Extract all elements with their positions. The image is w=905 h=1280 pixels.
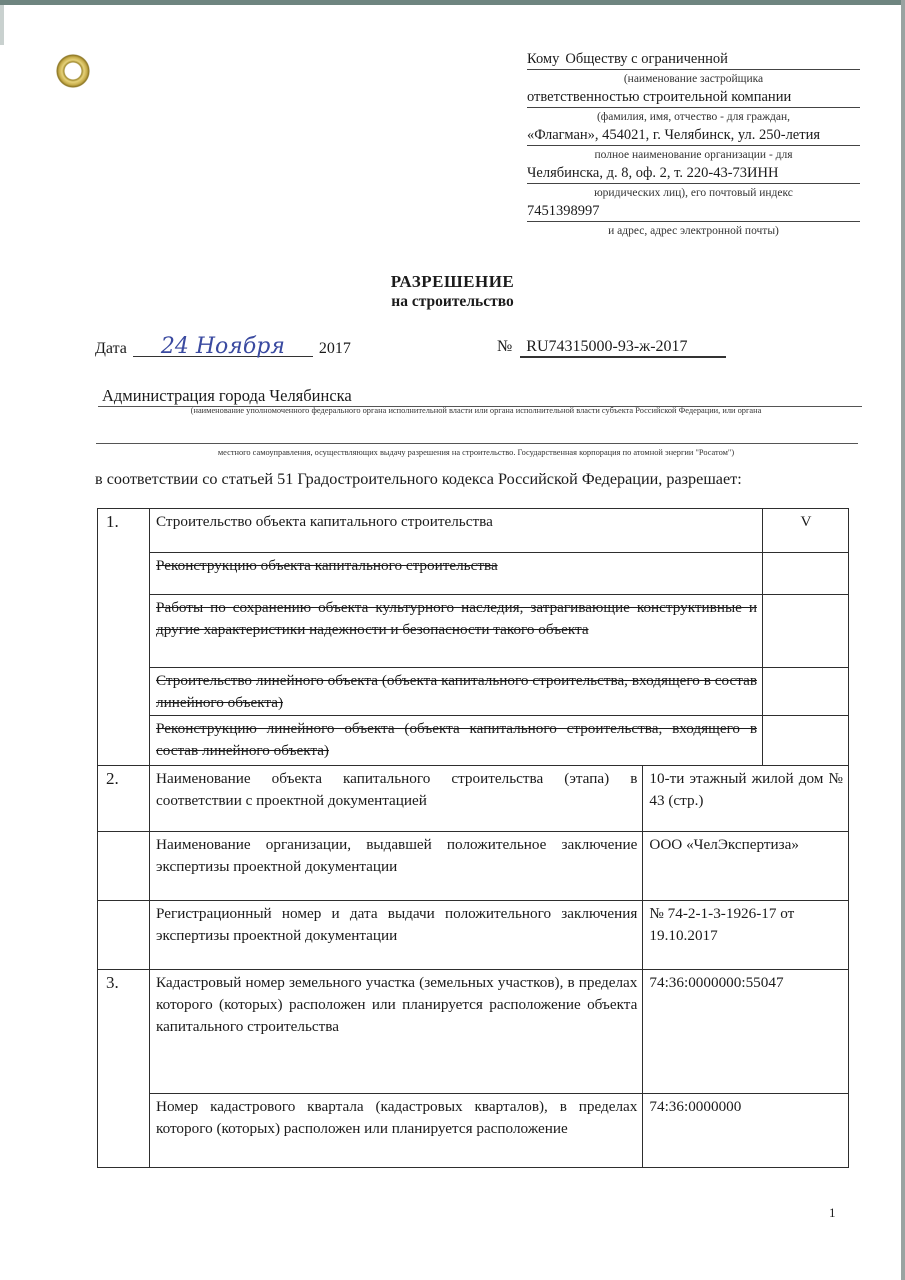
row-value: 74:36:0000000:55047 [643,970,849,1094]
section-number: 2. [98,766,150,832]
date-label: Дата [95,340,127,357]
struck-text: Реконструкцию объекта капитального строи… [156,557,498,574]
permit-number-field: № RU74315000-93-ж-2017 [497,338,726,358]
struck-text: Реконструкцию линейного объекта (объекта… [156,720,757,759]
struck-text: Строительство линейного объекта (объекта… [156,672,757,711]
addressee-label: Кому [527,51,559,67]
table-row: Регистрационный номер и дата выдачи поло… [98,901,849,970]
option-mark [763,668,849,716]
authority-hint-2: местного самоуправления, осуществляющих … [96,448,856,457]
table-row: Реконструкцию линейного объекта (объекта… [98,716,849,766]
row-label: Регистрационный номер и дата выдачи поло… [150,901,643,970]
addressee-line: Челябинска, д. 8, оф. 2, т. 220-43-73ИНН [527,164,860,184]
date-handwritten: 24 Ноября [133,338,313,357]
table-row: 2. Наименование объекта капитального стр… [98,766,849,832]
table-row: Работы по сохранению объекта культурного… [98,595,849,668]
struck-text: Работы по сохранению объекта культурного… [156,599,757,638]
row-value: ООО «ЧелЭкспертиза» [643,832,849,901]
option-text: Реконструкцию линейного объекта (объекта… [150,716,763,766]
section-number: 3. [98,970,150,1168]
section-number: 1. [98,509,150,766]
row-value: № 74-2-1-3-1926-17 от 19.10.2017 [643,901,849,970]
scan-edge-right [901,0,905,1280]
authority-name: Администрация города Челябинска [98,386,862,407]
authority-hint-1: (наименование уполномоченного федерально… [96,406,856,415]
table-row: 3. Кадастровый номер земельного участка … [98,970,849,1094]
date-field: Дата 24 Ноября 2017 [95,338,351,358]
option-text: Работы по сохранению объекта культурного… [150,595,763,668]
permit-table: 1. Строительство объекта капитального ст… [97,508,849,1168]
row-value: 10-ти этажный жилой дом № 43 (стр.) [643,766,849,832]
option-text: Строительство объекта капитального строи… [150,509,763,553]
row-label: Наименование объекта капитального строит… [150,766,643,832]
date-year: 2017 [319,340,351,357]
addressee-value: Обществу с ограниченной [565,51,728,67]
row-label: Наименование организации, выдавшей полож… [150,832,643,901]
row-label: Кадастровый номер земельного участка (зе… [150,970,643,1094]
table-row: Строительство линейного объекта (объекта… [98,668,849,716]
table-row: Реконструкцию объекта капитального строи… [98,553,849,595]
document-title: РАЗРЕШЕНИЕ [0,272,905,292]
addressee-hint: и адрес, адрес электронной почты) [527,222,860,240]
addressee-line: ответственностью строительной компании [527,88,860,108]
page-number: 1 [829,1205,836,1221]
option-text: Реконструкцию объекта капитального строи… [150,553,763,595]
binding-grommet-icon [56,54,90,88]
addressee-hint: (наименование застройщика [527,70,860,88]
option-mark: V [763,509,849,553]
row-value: 74:36:0000000 [643,1094,849,1168]
authority-underline [96,443,858,444]
permit-number-label: № [497,338,512,355]
addressee-hint: юридических лиц), его почтовый индекс [527,184,860,202]
option-mark [763,553,849,595]
table-row: Номер кадастрового квартала (кадастровых… [98,1094,849,1168]
scan-edge-top [0,0,905,5]
row-label: Номер кадастрового квартала (кадастровых… [150,1094,643,1168]
table-row: 1. Строительство объекта капитального ст… [98,509,849,553]
scan-edge-left [0,5,4,45]
addressee-line: 7451398997 [527,202,860,222]
section-number-empty [98,832,150,901]
addressee-line: «Флагман», 454021, г. Челябинск, ул. 250… [527,126,860,146]
addressee-block: КомуОбществу с ограниченной (наименовани… [527,50,860,240]
intro-text: в соответствии со статьей 51 Градостроит… [95,470,742,489]
addressee-hint: полное наименование организации - для [527,146,860,164]
table-row: Наименование организации, выдавшей полож… [98,832,849,901]
option-mark [763,595,849,668]
section-number-empty [98,901,150,970]
permit-number-value: RU74315000-93-ж-2017 [520,338,726,358]
option-text: Строительство линейного объекта (объекта… [150,668,763,716]
document-subtitle: на строительство [0,293,905,311]
addressee-hint: (фамилия, имя, отчество - для граждан, [527,108,860,126]
addressee-line: КомуОбществу с ограниченной [527,50,860,70]
option-mark [763,716,849,766]
